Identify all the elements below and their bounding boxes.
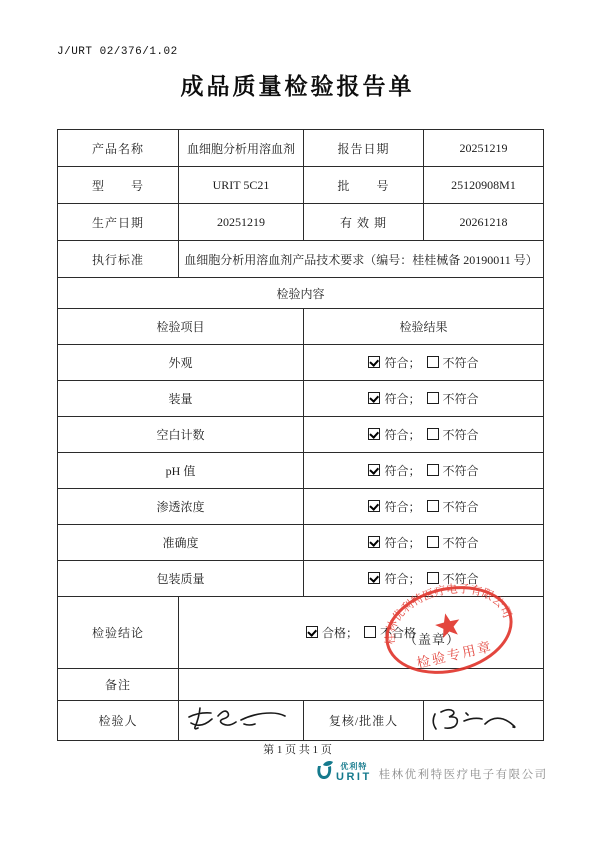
- approver-label: 复核/批准人: [304, 701, 424, 741]
- info-row-dates: 生产日期 20251219 有 效 期 20261218: [58, 204, 544, 241]
- product-name-value: 血细胞分析用溶血剂: [179, 130, 304, 167]
- inspection-item-row: 空白计数符合；不符合: [58, 417, 544, 453]
- item-fail-checkbox[interactable]: [427, 392, 439, 404]
- inspection-item-row: 装量符合；不符合: [58, 381, 544, 417]
- expiry-date-value: 20261218: [424, 204, 544, 241]
- report-date-value: 20251219: [424, 130, 544, 167]
- conclusion-pass-label: 合格；: [322, 626, 358, 640]
- model-label: 型 号: [58, 167, 179, 204]
- document-code: J/URT 02/376/1.02: [57, 46, 178, 58]
- approver-signature: [424, 701, 544, 741]
- section-header-row: 检验内容: [58, 278, 544, 309]
- inspection-item-label: pH 值: [58, 453, 304, 489]
- item-fail-label: 不符合: [443, 392, 479, 406]
- inspection-item-row: pH 值符合；不符合: [58, 453, 544, 489]
- batch-no-label: 批 号: [304, 167, 424, 204]
- inspection-item-label: 包装质量: [58, 561, 304, 597]
- inspection-item-label: 准确度: [58, 525, 304, 561]
- report-date-label: 报告日期: [304, 130, 424, 167]
- page-title: 成品质量检验报告单: [0, 68, 595, 101]
- item-fail-label: 不符合: [443, 428, 479, 442]
- inspection-item-result: 符合；不符合: [304, 417, 544, 453]
- item-pass-label: 符合；: [384, 572, 420, 586]
- inspection-item-label: 空白计数: [58, 417, 304, 453]
- item-pass-label: 符合；: [384, 428, 420, 442]
- inspection-item-result: 符合；不符合: [304, 489, 544, 525]
- inspector-signature: [179, 701, 304, 741]
- item-pass-label: 符合；: [384, 464, 420, 478]
- item-pass-checkbox[interactable]: [368, 500, 380, 512]
- item-fail-checkbox[interactable]: [427, 536, 439, 548]
- page-number: 第 1 页 共 1 页: [0, 741, 595, 757]
- expiry-date-label: 有 效 期: [304, 204, 424, 241]
- inspection-items-body: 外观符合；不符合装量符合；不符合空白计数符合；不符合pH 值符合；不符合渗透浓度…: [58, 345, 544, 597]
- item-pass-label: 符合；: [384, 536, 420, 550]
- remark-value: [179, 669, 544, 701]
- inspection-item-label: 装量: [58, 381, 304, 417]
- inspection-item-result: 符合；不符合: [304, 525, 544, 561]
- info-row-model: 型 号 URIT 5C21 批 号 25120908M1: [58, 167, 544, 204]
- item-fail-label: 不符合: [443, 356, 479, 370]
- batch-no-value: 25120908M1: [424, 167, 544, 204]
- inspection-item-label: 外观: [58, 345, 304, 381]
- urit-logo-icon: [315, 760, 334, 782]
- item-fail-checkbox[interactable]: [427, 572, 439, 584]
- logo-chinese-name: 优利特: [340, 763, 367, 771]
- item-fail-checkbox[interactable]: [427, 464, 439, 476]
- remark-label: 备注: [58, 669, 179, 701]
- item-pass-checkbox[interactable]: [368, 356, 380, 368]
- item-pass-checkbox[interactable]: [368, 572, 380, 584]
- item-pass-label: 符合；: [384, 500, 420, 514]
- item-fail-checkbox[interactable]: [427, 428, 439, 440]
- inspection-item-column-header: 检验项目: [58, 309, 304, 345]
- company-logo: 优利特 URIT 桂林优利特医疗电子有限公司: [315, 760, 548, 783]
- conclusion-label: 检验结论: [58, 597, 179, 669]
- item-fail-checkbox[interactable]: [427, 356, 439, 368]
- inspection-item-result: 符合；不符合: [304, 453, 544, 489]
- column-header-row: 检验项目 检验结果: [58, 309, 544, 345]
- inspection-item-row: 渗透浓度符合；不符合: [58, 489, 544, 525]
- item-fail-label: 不符合: [443, 536, 479, 550]
- standard-label: 执行标准: [58, 241, 179, 278]
- remark-row: 备注: [58, 669, 544, 701]
- inspection-section-title: 检验内容: [58, 278, 544, 309]
- inspection-item-label: 渗透浓度: [58, 489, 304, 525]
- inspector-label: 检验人: [58, 701, 179, 741]
- stamp-bottom-text: 检验专用章: [415, 638, 494, 671]
- inspection-item-result: 符合；不符合: [304, 381, 544, 417]
- inspection-item-row: 准确度符合；不符合: [58, 525, 544, 561]
- report-page: J/URT 02/376/1.02 成品质量检验报告单 产品名称 血细胞分析用溶…: [0, 0, 595, 842]
- item-pass-checkbox[interactable]: [368, 536, 380, 548]
- item-pass-label: 符合；: [384, 392, 420, 406]
- product-name-label: 产品名称: [58, 130, 179, 167]
- production-date-value: 20251219: [179, 204, 304, 241]
- signoff-row: 检验人 复核/批准人: [58, 701, 544, 741]
- item-pass-checkbox[interactable]: [368, 392, 380, 404]
- production-date-label: 生产日期: [58, 204, 179, 241]
- conclusion-pass-checkbox[interactable]: [306, 626, 318, 638]
- standard-row: 执行标准 血细胞分析用溶血剂产品技术要求（编号：桂桂械备 20190011 号）: [58, 241, 544, 278]
- logo-english-name: URIT: [336, 772, 372, 783]
- item-pass-checkbox[interactable]: [368, 428, 380, 440]
- inspection-item-row: 外观符合；不符合: [58, 345, 544, 381]
- standard-value: 血细胞分析用溶血剂产品技术要求（编号：桂桂械备 20190011 号）: [179, 241, 544, 278]
- item-pass-label: 符合；: [384, 356, 420, 370]
- approver-signature-scribble: [428, 704, 520, 734]
- model-value: URIT 5C21: [179, 167, 304, 204]
- stamp-star-icon: [433, 611, 462, 639]
- inspector-signature-scribble: [183, 704, 291, 734]
- item-fail-checkbox[interactable]: [427, 500, 439, 512]
- logo-company-name: 桂林优利特医疗电子有限公司: [379, 766, 548, 782]
- item-fail-label: 不符合: [443, 500, 479, 514]
- conclusion-fail-checkbox[interactable]: [364, 626, 376, 638]
- item-fail-label: 不符合: [443, 464, 479, 478]
- info-row-product: 产品名称 血细胞分析用溶血剂 报告日期 20251219: [58, 130, 544, 167]
- logo-wordmark: 优利特 URIT: [336, 763, 372, 783]
- inspection-item-result: 符合；不符合: [304, 345, 544, 381]
- item-pass-checkbox[interactable]: [368, 464, 380, 476]
- inspection-result-column-header: 检验结果: [304, 309, 544, 345]
